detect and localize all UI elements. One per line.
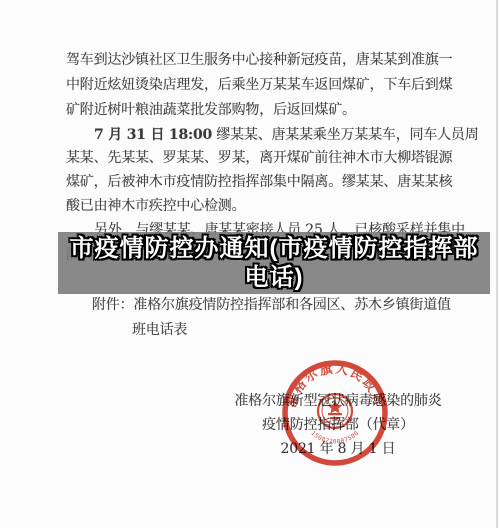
bold-datetime: 7 月 31 日 18:00 — [94, 127, 212, 143]
body-line: 7 月 31 日 18:00 缪某某、唐某某乘坐万某某车，同车人员周 — [94, 124, 479, 144]
body-line: 驾车到达沙镇社区卫生服务中心接种新冠疫苗，唐某某到准旗一 — [66, 49, 452, 69]
seal-code: 1508220007500 — [309, 430, 360, 446]
attachment-line: 班电话表 — [132, 319, 187, 339]
title-overlay-banner: 市疫情防控办通知(市疫情防控指挥部 电话) — [58, 232, 490, 294]
overlay-title-line1: 市疫情防控办通知(市疫情防控指挥部 — [58, 234, 490, 263]
overlay-title-line2: 电话) — [58, 263, 490, 292]
official-seal: 准格尔旗人民政府 1508220007500 — [281, 359, 389, 467]
attachment-line: 附件：准格尔旗疫情防控指挥部和各园区、苏木乡镇街道值 — [92, 294, 451, 314]
body-line-rest: 缪某某、唐某某乘坐万某某车，同车人员周 — [212, 127, 478, 143]
page-edge-line — [496, 0, 498, 528]
body-line: 中附近炫妞烫染店理发，后乘坐万某某车返回煤矿，下车后到煤 — [66, 74, 452, 94]
body-line: 某某、先某某、罗某某、罗某，离开煤矿前往神木市大柳塔锟源 — [66, 147, 452, 167]
body-line: 矿附近树叶粮油蔬菜批发部购物，后返回煤矿。 — [66, 99, 356, 119]
body-line: 酸已由神木市疾控中心检测。 — [66, 195, 245, 215]
body-line: 煤矿，后被神木市疫情防控指挥部集中隔离。缪某某、唐某某核 — [66, 171, 452, 191]
seal-emblem-icon — [318, 394, 352, 428]
